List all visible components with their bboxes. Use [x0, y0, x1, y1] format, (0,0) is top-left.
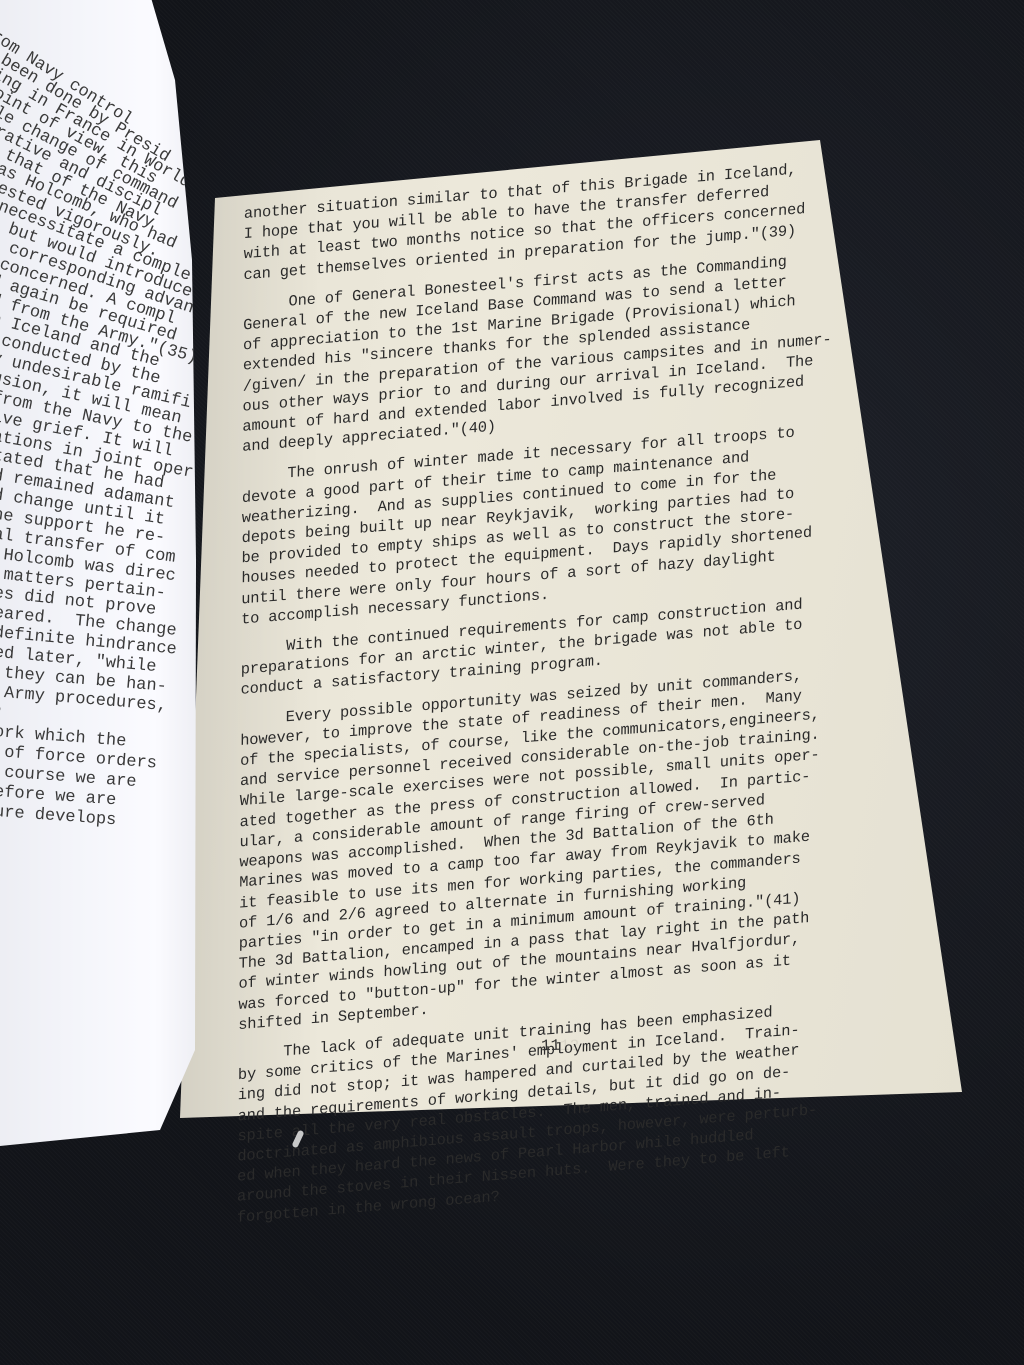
show-through-text: 12 [560, 1037, 579, 1055]
right-page-text: another situation similar to that of thi… [237, 156, 842, 1238]
left-page-text: nes from Navy controls had been done by … [0, 0, 214, 1000]
paragraph: The lack of adequate unit training has b… [237, 997, 836, 1228]
paragraph: Every possible opportunity was seized by… [238, 662, 838, 1035]
page-number: 11 [541, 1037, 561, 1055]
left-page: nes from Navy controls had been done by … [0, 0, 220, 1150]
